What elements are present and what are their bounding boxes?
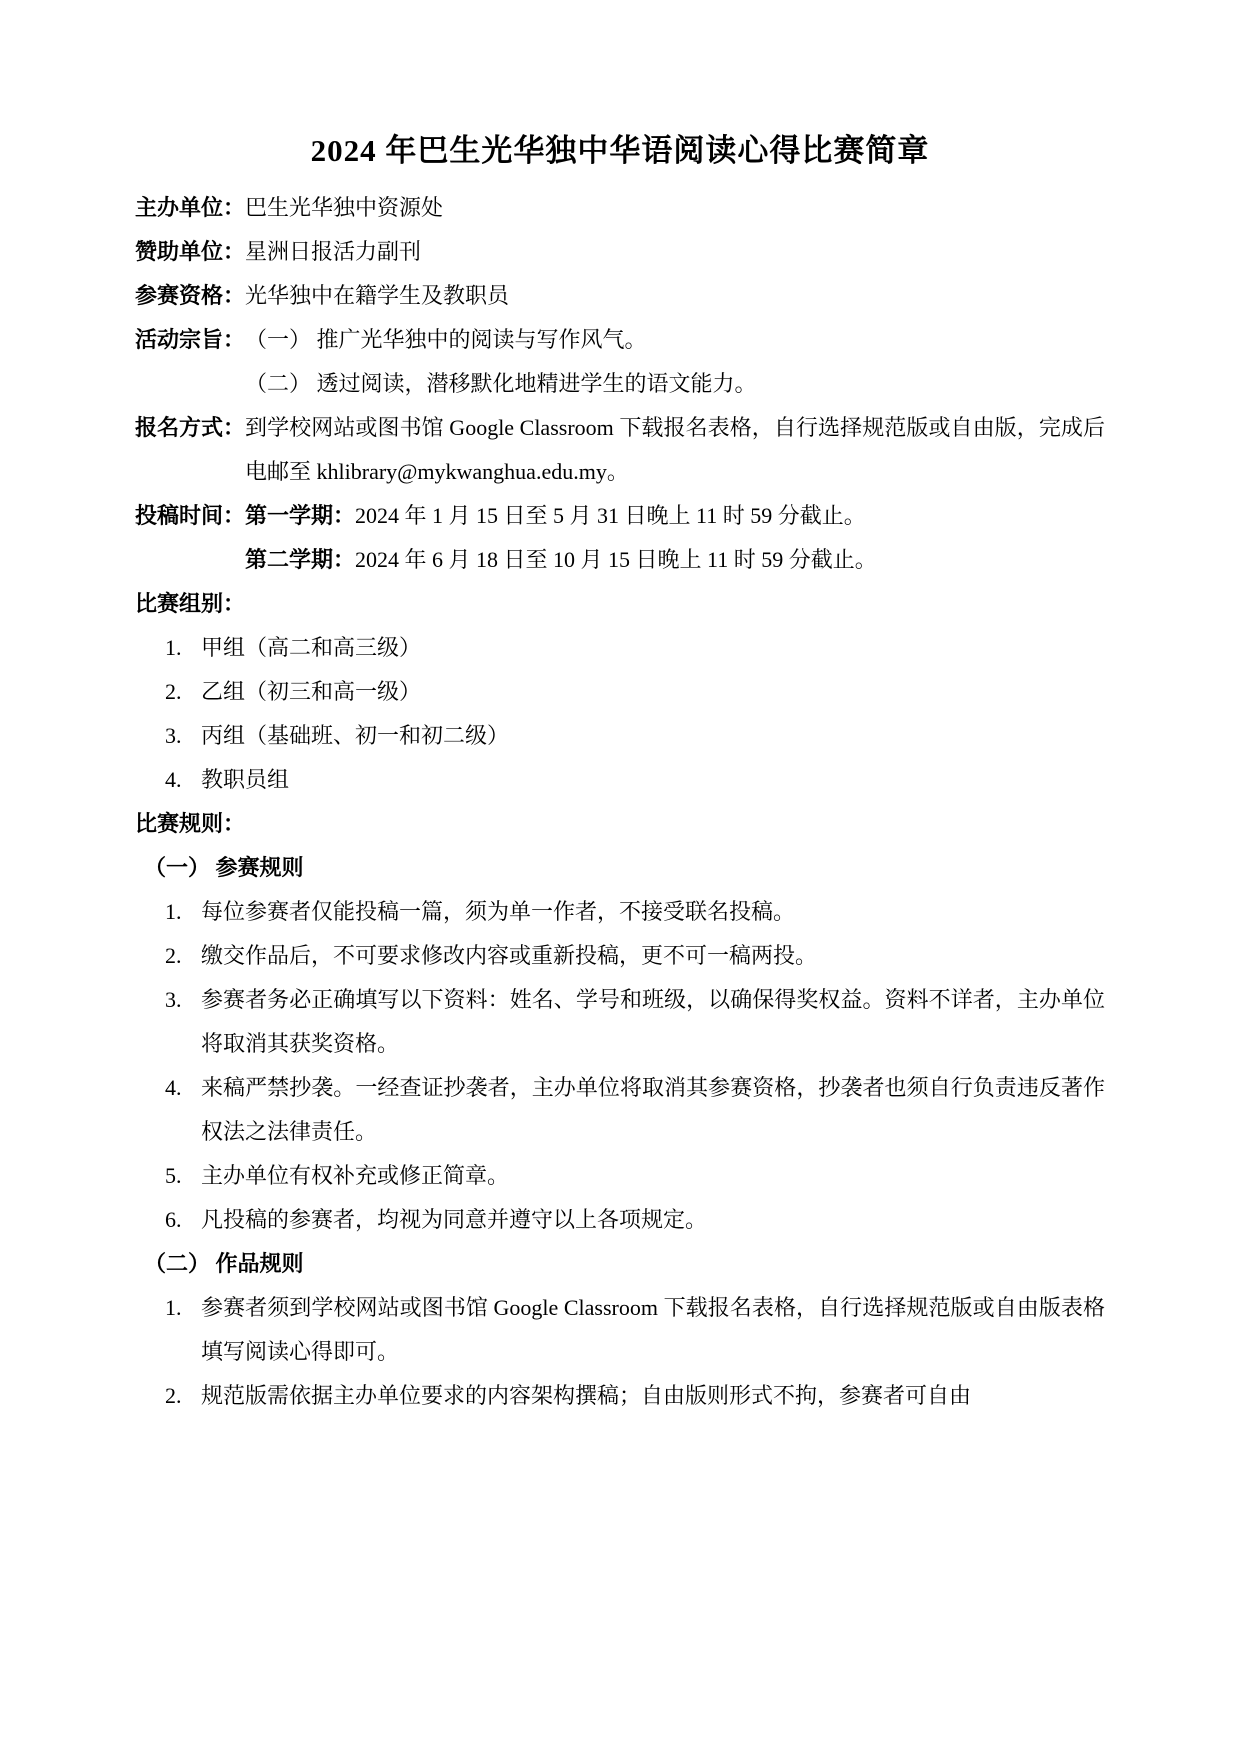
category-item-3-text: 丙组（基础班、初一和初二级） (201, 714, 1105, 758)
registration-value: 到学校网站或图书馆 Google Classroom 下载报名表格，自行选择规范… (245, 406, 1105, 494)
participation-rule-3-text: 参赛者务必正确填写以下资料：姓名、学号和班级，以确保得奖权益。资料不详者，主办单… (201, 978, 1105, 1066)
sponsor-value: 星洲日报活力副刊 (245, 230, 1105, 274)
deadline-sem2-line: 第二学期：2024 年 6 月 18 日至 10 月 15 日晚上 11 时 5… (245, 538, 1105, 582)
participation-rule-4-number: 4. (165, 1066, 201, 1110)
participation-rule-5: 5. 主办单位有权补充或修正简章。 (135, 1154, 1105, 1198)
category-item-1-number: 1. (165, 626, 201, 670)
participation-rule-2-text: 缴交作品后，不可要求修改内容或重新投稿，更不可一稿两投。 (201, 934, 1105, 978)
rules-heading: 比赛规则： (135, 802, 1105, 846)
categories-heading: 比赛组别： (135, 582, 1105, 626)
participation-rule-1: 1. 每位参赛者仅能投稿一篇，须为单一作者，不接受联名投稿。 (135, 890, 1105, 934)
registration-row: 报名方式： 到学校网站或图书馆 Google Classroom 下载报名表格，… (135, 406, 1105, 494)
purpose-line-1: （一） 推广光华独中的阅读与写作风气。 (245, 318, 1105, 362)
purpose-line-2: （二） 透过阅读，潜移默化地精进学生的语文能力。 (245, 362, 1105, 406)
works-rules-heading: （二） 作品规则 (135, 1242, 1105, 1286)
participation-rule-5-number: 5. (165, 1154, 201, 1198)
deadline-sem1-label: 第一学期： (245, 503, 355, 528)
organizer-row: 主办单位： 巴生光华独中资源处 (135, 186, 1105, 230)
works-rule-2-number: 2. (165, 1374, 201, 1418)
participation-rule-3: 3. 参赛者务必正确填写以下资料：姓名、学号和班级，以确保得奖权益。资料不详者，… (135, 978, 1105, 1066)
works-rule-2-text: 规范版需依据主办单位要求的内容架构撰稿；自由版则形式不拘，参赛者可自由 (201, 1374, 1105, 1418)
participation-rule-4: 4. 来稿严禁抄袭。一经查证抄袭者，主办单位将取消其参赛资格，抄袭者也须自行负责… (135, 1066, 1105, 1154)
participation-rule-3-number: 3. (165, 978, 201, 1022)
category-item-3: 3. 丙组（基础班、初一和初二级） (135, 714, 1105, 758)
participation-rule-1-number: 1. (165, 890, 201, 934)
participation-rule-6: 6. 凡投稿的参赛者，均视为同意并遵守以上各项规定。 (135, 1198, 1105, 1242)
works-rule-2: 2. 规范版需依据主办单位要求的内容架构撰稿；自由版则形式不拘，参赛者可自由 (135, 1374, 1105, 1418)
works-rule-1-text: 参赛者须到学校网站或图书馆 Google Classroom 下载报名表格，自行… (201, 1286, 1105, 1374)
document-page: 2024 年巴生光华独中华语阅读心得比赛简章 主办单位： 巴生光华独中资源处 赞… (0, 0, 1241, 1755)
eligibility-value: 光华独中在籍学生及教职员 (245, 274, 1105, 318)
category-item-3-number: 3. (165, 714, 201, 758)
deadline-sem2-label: 第二学期： (245, 547, 355, 572)
category-item-2-text: 乙组（初三和高一级） (201, 670, 1105, 714)
deadline-label: 投稿时间： (135, 494, 245, 538)
doc-title: 2024 年巴生光华独中华语阅读心得比赛简章 (135, 128, 1105, 174)
participation-rule-5-text: 主办单位有权补充或修正简章。 (201, 1154, 1105, 1198)
deadline-value: 第一学期：2024 年 1 月 15 日至 5 月 31 日晚上 11 时 59… (245, 494, 1105, 582)
purpose-row: 活动宗旨： （一） 推广光华独中的阅读与写作风气。 （二） 透过阅读，潜移默化地… (135, 318, 1105, 406)
registration-label: 报名方式： (135, 406, 245, 450)
sponsor-label: 赞助单位： (135, 230, 245, 274)
category-item-2: 2. 乙组（初三和高一级） (135, 670, 1105, 714)
participation-rule-6-number: 6. (165, 1198, 201, 1242)
purpose-label: 活动宗旨： (135, 318, 245, 362)
deadline-sem2-text: 2024 年 6 月 18 日至 10 月 15 日晚上 11 时 59 分截止… (355, 547, 877, 572)
eligibility-row: 参赛资格： 光华独中在籍学生及教职员 (135, 274, 1105, 318)
deadline-sem1-text: 2024 年 1 月 15 日至 5 月 31 日晚上 11 时 59 分截止。 (355, 503, 866, 528)
organizer-label: 主办单位： (135, 186, 245, 230)
participation-rules-heading: （一） 参赛规则 (135, 846, 1105, 890)
category-item-1: 1. 甲组（高二和高三级） (135, 626, 1105, 670)
category-item-2-number: 2. (165, 670, 201, 714)
deadline-sem1-line: 第一学期：2024 年 1 月 15 日至 5 月 31 日晚上 11 时 59… (245, 494, 1105, 538)
category-item-1-text: 甲组（高二和高三级） (201, 626, 1105, 670)
category-item-4-text: 教职员组 (201, 758, 1105, 802)
participation-rule-4-text: 来稿严禁抄袭。一经查证抄袭者，主办单位将取消其参赛资格，抄袭者也须自行负责违反著… (201, 1066, 1105, 1154)
participation-rule-6-text: 凡投稿的参赛者，均视为同意并遵守以上各项规定。 (201, 1198, 1105, 1242)
works-rule-1-number: 1. (165, 1286, 201, 1330)
works-rule-1: 1. 参赛者须到学校网站或图书馆 Google Classroom 下载报名表格… (135, 1286, 1105, 1374)
sponsor-row: 赞助单位： 星洲日报活力副刊 (135, 230, 1105, 274)
eligibility-label: 参赛资格： (135, 274, 245, 318)
deadline-row: 投稿时间： 第一学期：2024 年 1 月 15 日至 5 月 31 日晚上 1… (135, 494, 1105, 582)
participation-rule-2-number: 2. (165, 934, 201, 978)
purpose-value: （一） 推广光华独中的阅读与写作风气。 （二） 透过阅读，潜移默化地精进学生的语… (245, 318, 1105, 406)
category-item-4-number: 4. (165, 758, 201, 802)
organizer-value: 巴生光华独中资源处 (245, 186, 1105, 230)
participation-rule-1-text: 每位参赛者仅能投稿一篇，须为单一作者，不接受联名投稿。 (201, 890, 1105, 934)
category-item-4: 4. 教职员组 (135, 758, 1105, 802)
participation-rule-2: 2. 缴交作品后，不可要求修改内容或重新投稿，更不可一稿两投。 (135, 934, 1105, 978)
